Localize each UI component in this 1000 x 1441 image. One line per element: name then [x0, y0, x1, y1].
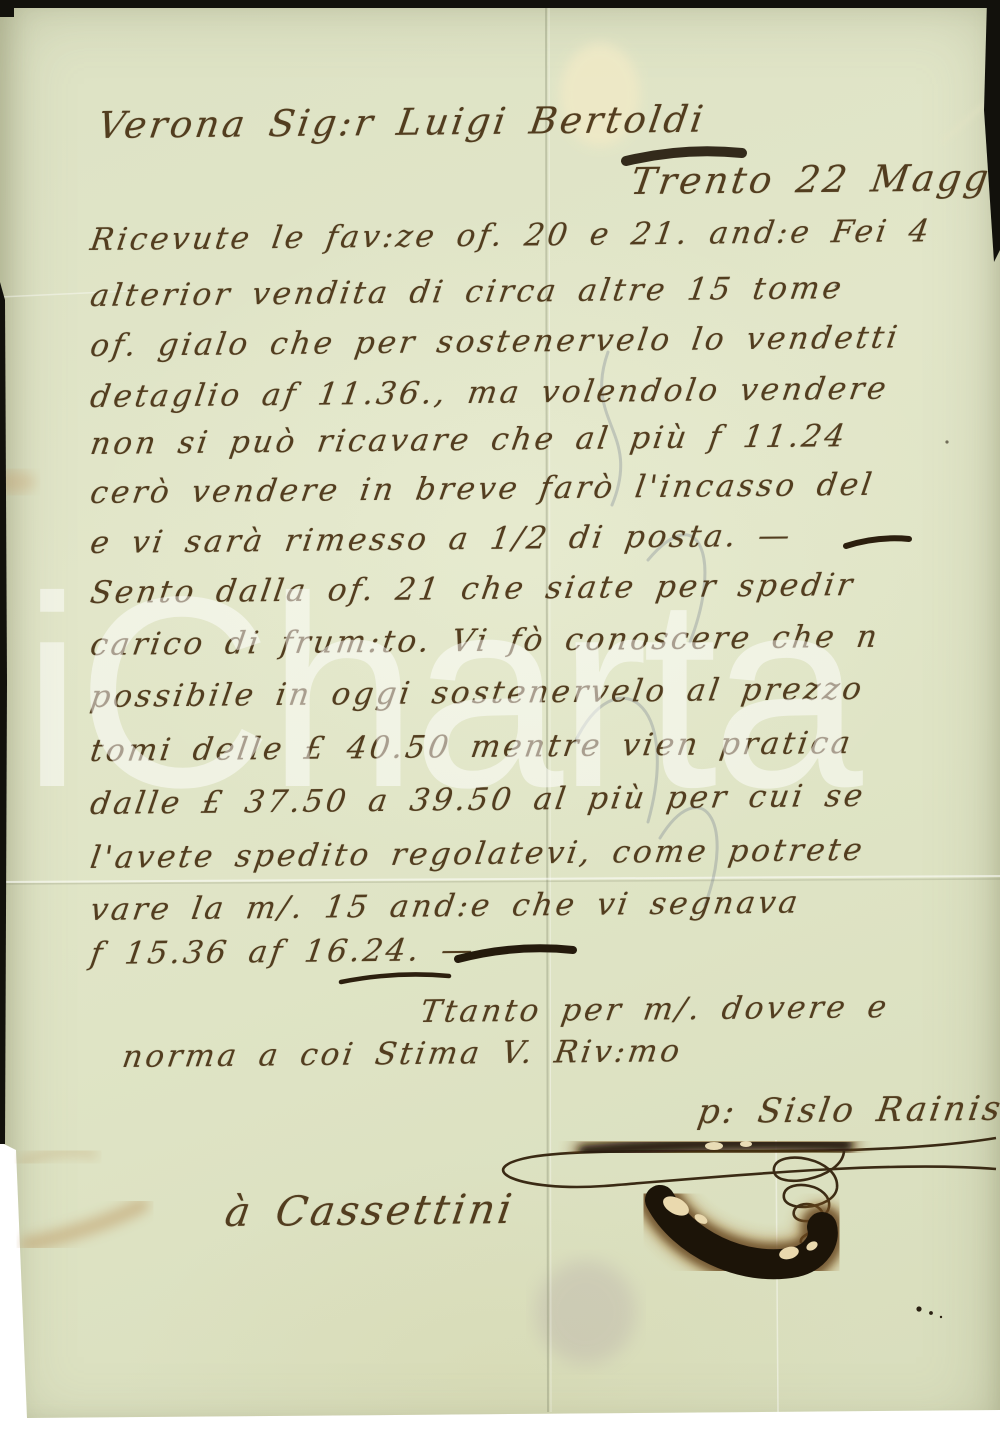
scanned-letter: Verona Sig:r Luigi BertoldiTrento 22 Mag…	[0, 0, 1000, 1441]
dash-stroke	[846, 538, 909, 546]
burn-speck	[705, 1142, 723, 1150]
ink-flourishes	[0, 0, 1000, 1441]
ink-smudge	[626, 151, 742, 161]
scan-border-topleft	[0, 0, 14, 17]
burn-mark	[660, 1192, 823, 1264]
dash-stroke	[341, 974, 449, 982]
burn-speck	[740, 1141, 752, 1147]
dash-stroke	[458, 948, 573, 959]
scan-border-top	[0, 0, 1000, 8]
